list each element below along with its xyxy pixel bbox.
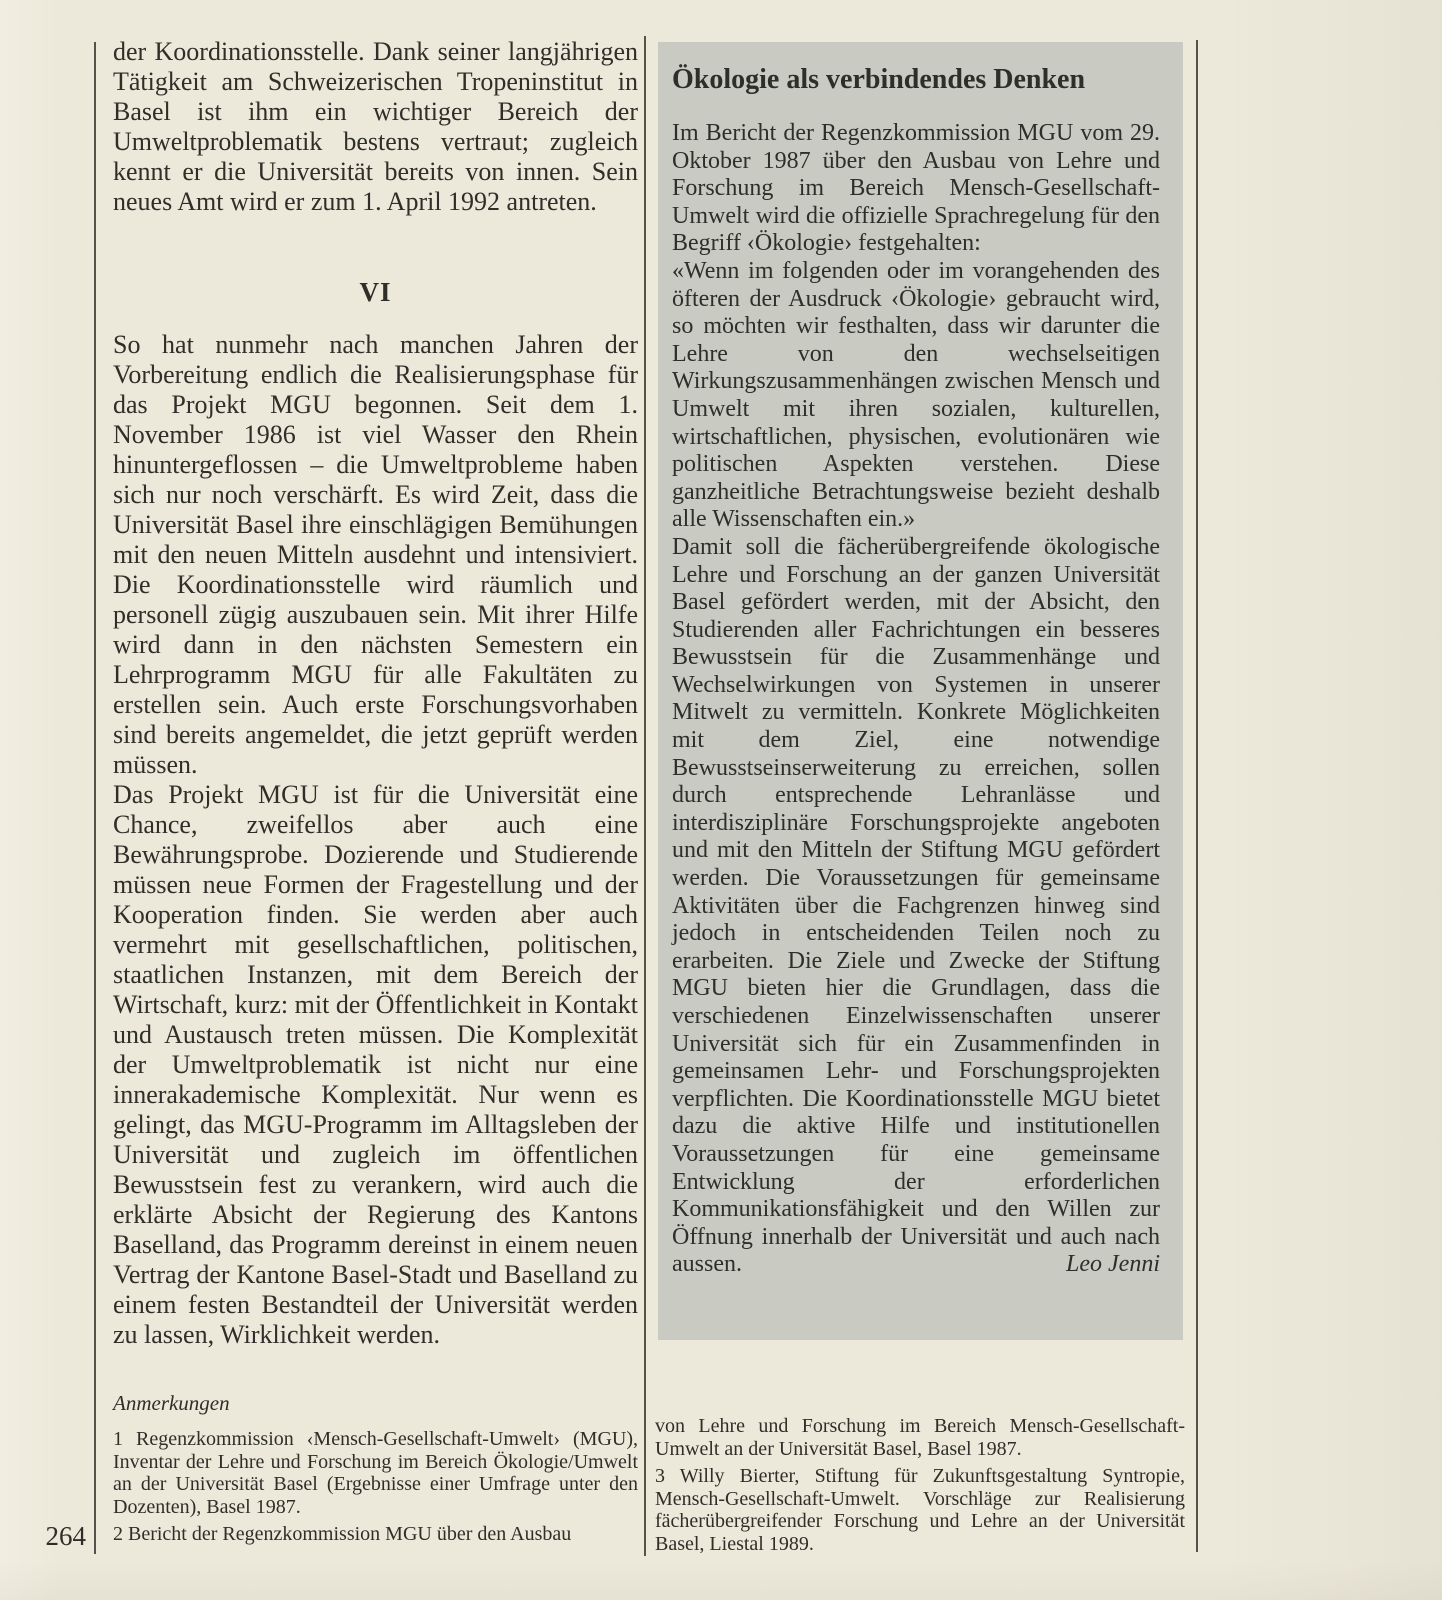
- body-paragraph-3: Das Projekt MGU ist für die Universität …: [113, 780, 638, 1350]
- scanned-journal-page: der Koordinationsstelle. Dank seiner lan…: [0, 0, 1442, 1600]
- opening-paragraph: der Koordinationsstelle. Dank seiner lan…: [113, 37, 638, 217]
- box-heading: Ökologie als verbindendes Denken: [672, 64, 1160, 96]
- footnote-1: 1 Regenzkommission ‹Mensch-Gesellschaft-…: [113, 1428, 638, 1518]
- topic-box: Ökologie als verbindendes Denken Im Beri…: [658, 42, 1183, 1340]
- footnote-3: 3 Willy Bierter, Stiftung für Zukunftsge…: [655, 1465, 1185, 1555]
- footnote-2-start: 2 Bericht der Regenzkommission MGU über …: [113, 1523, 638, 1546]
- box-paragraph-1: Im Bericht der Regenzkommission MGU vom …: [672, 120, 1160, 258]
- author-signature: Leo Jenni: [1066, 1251, 1160, 1279]
- footnotes-left-column: Anmerkungen 1 Regenzkommission ‹Mensch-G…: [113, 1391, 638, 1546]
- box-quote-paragraph: «Wenn im folgenden oder im vorangehenden…: [672, 258, 1160, 534]
- left-margin-rule: [94, 42, 96, 1554]
- body-paragraph-2: So hat nunmehr nach manchen Jahren der V…: [113, 330, 638, 780]
- left-column: der Koordinationsstelle. Dank seiner lan…: [113, 37, 638, 1350]
- column-divider-rule: [644, 36, 646, 1556]
- box-paragraph-2: Damit soll die fächerübergreifende ökolo…: [672, 534, 1160, 1279]
- footnote-2-continuation: von Lehre und Forschung im Bereich Mensc…: [655, 1415, 1185, 1460]
- footnotes-right-column: von Lehre und Forschung im Bereich Mensc…: [655, 1415, 1185, 1555]
- right-margin-rule: [1196, 40, 1198, 1552]
- section-heading-vi: VI: [113, 277, 638, 307]
- footnotes-heading: Anmerkungen: [113, 1391, 638, 1415]
- page-number: 264: [28, 1521, 86, 1551]
- box-paragraph-2-text: Damit soll die fächerübergreifende ökolo…: [672, 534, 1160, 1277]
